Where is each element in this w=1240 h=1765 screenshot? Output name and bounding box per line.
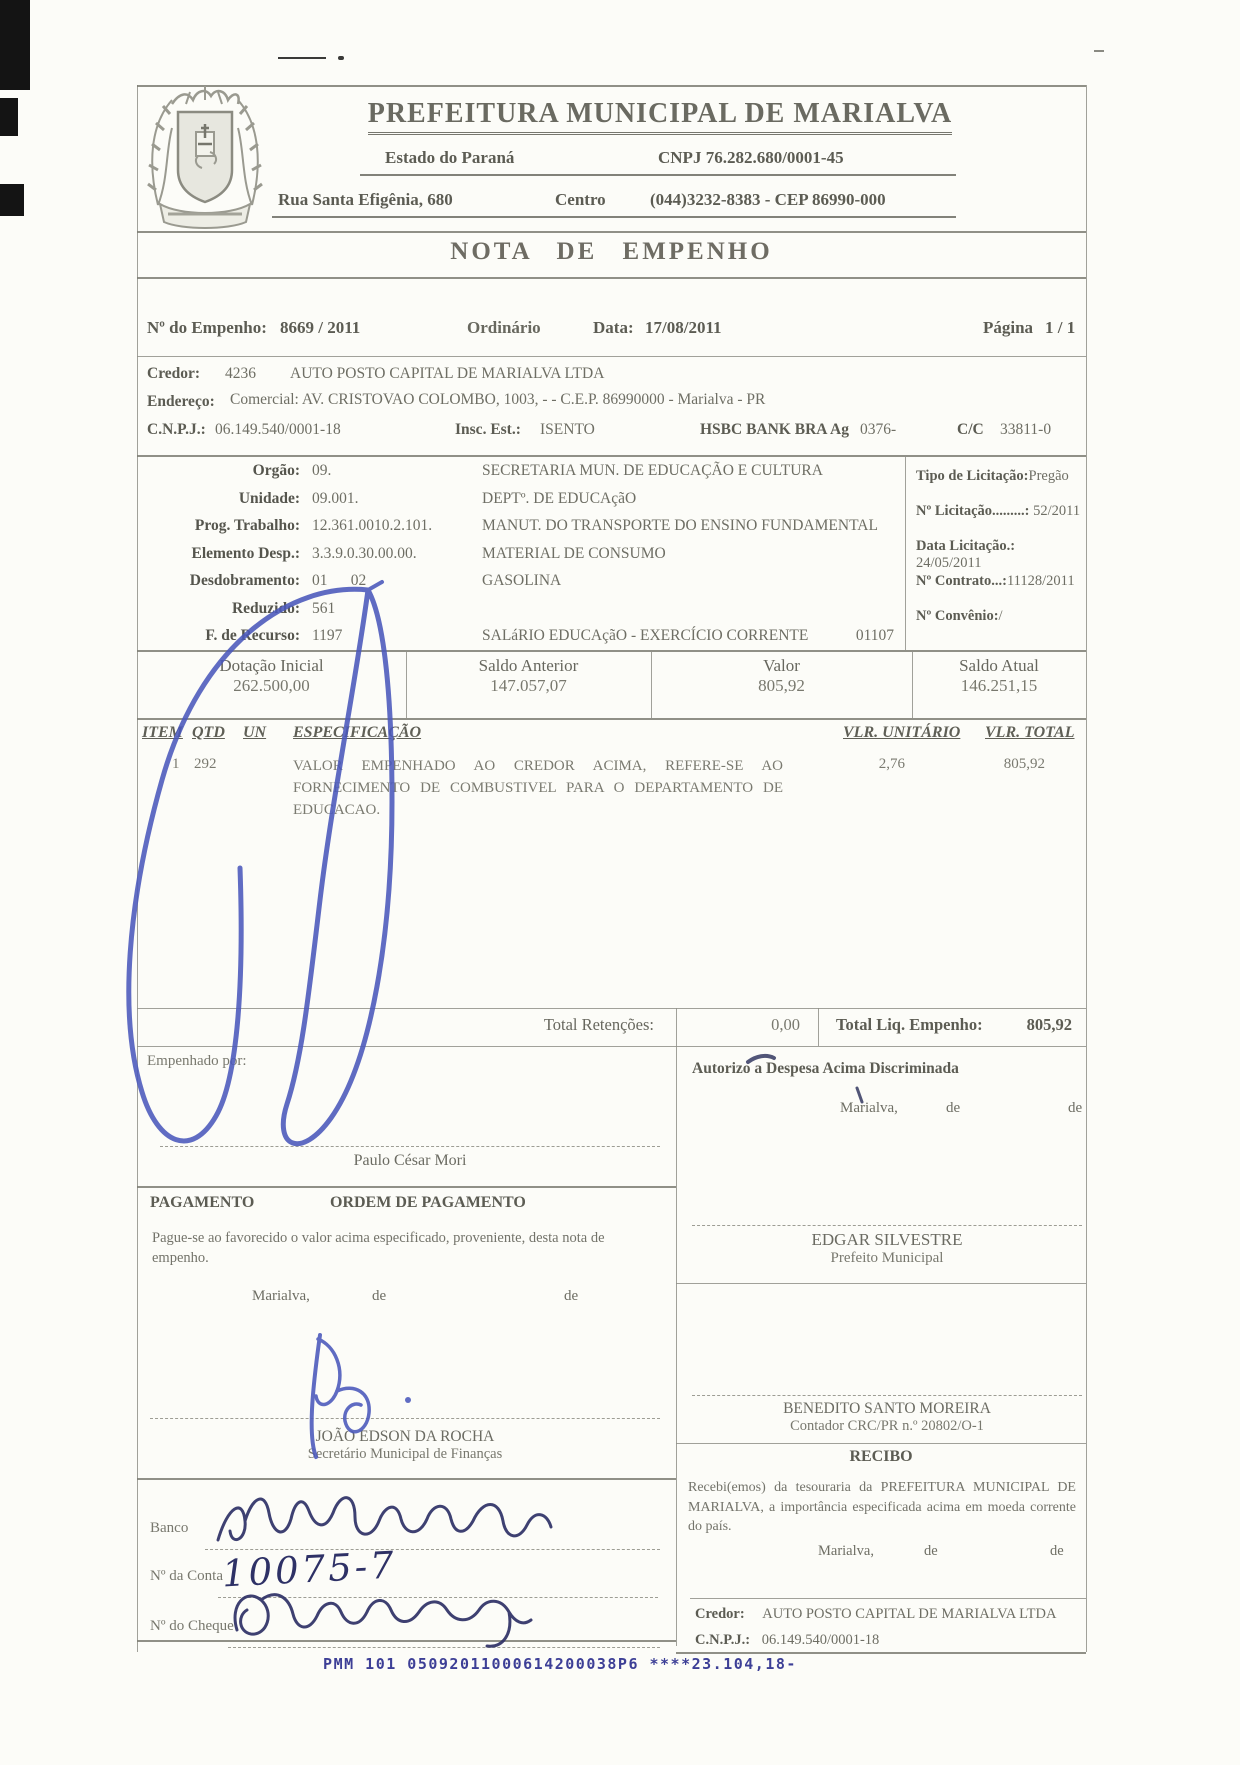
agency-label: Ag [830, 421, 849, 439]
item-vlr-unitario: 2,76 [825, 756, 905, 773]
total-retencoes-label: Total Retenções: [544, 1015, 654, 1034]
recibo-de1: de [924, 1543, 938, 1560]
scan-artifact [338, 56, 344, 60]
reduzido-label: Reduzido: [140, 600, 300, 618]
cnpj-value: 06.149.540/0001-18 [215, 421, 341, 439]
pagamento-de1: de [372, 1288, 386, 1305]
data-licitacao: Data Licitação.: 24/05/2011 [916, 538, 1084, 573]
header-cnpj: CNPJ 76.282.680/0001-45 [658, 148, 844, 168]
recibo-credor-name: AUTO POSTO CAPITAL DE MARIALVA LTDA [748, 1606, 1056, 1622]
autorizo-de2: de [1068, 1100, 1082, 1117]
estado-row: Estado do Paraná CNPJ 76.282.680/0001-45 [360, 148, 956, 176]
divider [137, 718, 1086, 720]
item-especificacao: VALOR EMPENHADO AO CREDOR ACIMA, REFERE-… [293, 756, 783, 821]
pagamento-title: PAGAMENTO [150, 1194, 254, 1211]
secretario-name: JOÃO EDSON DA ROCHA [150, 1428, 660, 1446]
cheque-line [228, 1647, 660, 1648]
num-convenio-value: / [999, 608, 1003, 624]
recibo-body: Recebi(emos) da tesouraria da PREFEITURA… [688, 1478, 1076, 1537]
credor-label: Credor: [147, 365, 200, 383]
municipality-title: PREFEITURA MUNICIPAL DE MARIALVA [368, 98, 953, 135]
unidade-label: Unidade: [140, 490, 300, 508]
fonte-extra-code: 01107 [856, 627, 902, 645]
divider [137, 455, 1086, 457]
recibo-credor-label: Credor: [695, 1606, 745, 1622]
empenho-number-label: Nº do Empenho: [147, 318, 267, 338]
recibo-title: RECIBO [849, 1448, 912, 1465]
handwritten-account-number: 10075-7 [221, 1543, 398, 1595]
estado-label: Estado do Paraná [385, 148, 514, 168]
orgao-label: Orgão: [140, 462, 300, 480]
dotacao-inicial-header: Dotação Inicial [137, 656, 406, 676]
conta-label: Nº da Conta [150, 1568, 223, 1584]
orgao-code: 09. [300, 462, 482, 480]
scan-artifact [278, 57, 326, 59]
credor-code: 4236 [225, 365, 256, 383]
empenhado-por-label: Empenhado por: [147, 1053, 247, 1069]
num-contrato-value: 11128/2011 [1007, 573, 1075, 589]
nota-de-empenho-scan: PREFEITURA MUNICIPAL DE MARIALVA Estado … [0, 0, 1240, 1765]
document-title: NOTA DE EMPENHO [450, 238, 772, 265]
empenho-number: 8669 / 2011 [280, 318, 360, 338]
desdobramento-label: Desdobramento: [140, 572, 300, 590]
empenho-type: Ordinário [467, 318, 541, 338]
phone-cep: (044)3232-8383 - CEP 86990-000 [650, 190, 886, 210]
unidade-desc: DEPTº. DE EDUCAçãO [482, 490, 902, 508]
pagamento-city: Marialva, [252, 1288, 310, 1305]
saldo-anterior-value: 147.057,07 [406, 676, 651, 696]
form-right-border [1086, 85, 1087, 1652]
tipo-licitacao: Tipo de Licitação:Pregão [916, 468, 1084, 503]
date-label: Data: [593, 318, 634, 338]
endereco-label: Endereço: [147, 393, 215, 411]
num-contrato: Nº Contrato...:11128/2011 [916, 573, 1084, 608]
conta-line [218, 1597, 658, 1598]
recibo-cnpj-label: C.N.P.J.: [695, 1632, 750, 1648]
divider [676, 1652, 1086, 1654]
saldo-atual-header: Saldo Atual [912, 656, 1086, 676]
prog-trabalho-desc: MANUT. DO TRANSPORTE DO ENSINO FUNDAMENT… [482, 517, 902, 535]
cheque-label: Nº do Cheque [150, 1618, 234, 1634]
form-top-border [137, 85, 1086, 87]
item-number: 1 [172, 756, 180, 773]
tipo-licitacao-value: Pregão [1029, 468, 1069, 484]
divider [137, 356, 1086, 357]
insc-est-value: ISENTO [540, 421, 595, 439]
elemento-desc: MATERIAL DE CONSUMO [482, 545, 902, 563]
pagamento-body: Pague-se ao favorecido o valor acima esp… [152, 1228, 632, 1269]
divider [137, 1640, 676, 1642]
secretario-role: Secretário Municipal de Finanças [150, 1446, 660, 1463]
orc-row-orgao: Orgão: 09. SECRETARIA MUN. DE EDUCAÇÃO E… [140, 462, 902, 490]
divider [676, 1283, 1086, 1284]
scan-artifact [0, 184, 24, 216]
bank-name: HSBC BANK BRA [700, 421, 827, 439]
signature-line [160, 1146, 660, 1147]
tipo-licitacao-label: Tipo de Licitação: [916, 468, 1029, 484]
col-header-vlr-unitario: VLR. UNITÁRIO [843, 724, 960, 742]
item-qtd: 292 [194, 756, 217, 773]
num-licitacao-label: Nº Licitação.........: [916, 503, 1030, 519]
cnpj-label: C.N.P.J.: [147, 421, 206, 439]
contador-role: Contador CRC/PR n.º 20802/O-1 [692, 1418, 1082, 1435]
col-header-qtd: QTD [192, 724, 225, 742]
pagamento-de2: de [564, 1288, 578, 1305]
desdobramento-code: 01 02 [300, 572, 482, 590]
scan-artifact [0, 0, 30, 90]
data-licitacao-label: Data Licitação.: [916, 538, 1015, 554]
prefeito-name: EDGAR SILVESTRE [692, 1230, 1082, 1250]
num-convenio: Nº Convênio:/ [916, 608, 1084, 643]
address-row: Rua Santa Efigênia, 680 Centro (044)3232… [272, 190, 956, 218]
num-licitacao-value: 52/2011 [1033, 503, 1080, 519]
orc-row-desdobramento: Desdobramento: 01 02 GASOLINA [140, 572, 902, 600]
prefeito-role: Prefeito Municipal [692, 1250, 1082, 1267]
orc-row-elemento: Elemento Desp.: 3.3.9.0.30.00.00. MATERI… [140, 545, 902, 573]
page-value: 1 / 1 [1045, 318, 1075, 338]
date-value: 17/08/2011 [645, 318, 722, 338]
elemento-code: 3.3.9.0.30.00.00. [300, 545, 482, 563]
orc-row-unidade: Unidade: 09.001. DEPTº. DE EDUCAçãO [140, 490, 902, 518]
data-licitacao-value: 24/05/2011 [916, 555, 982, 571]
valor-value: 805,92 [651, 676, 912, 696]
item-vlr-total: 805,92 [965, 756, 1045, 773]
divider [137, 277, 1086, 279]
divider [137, 650, 1086, 652]
divider [818, 1008, 819, 1046]
autorizo-title: Autorizo a Despesa Acima Discriminada [692, 1060, 959, 1077]
col-header-especificacao: ESPECIFICAÇÃO [293, 724, 421, 742]
orc-row-reduzido: Reduzido: 561 [140, 600, 902, 628]
prog-trabalho-code: 12.361.0010.2.101. [300, 517, 482, 535]
dotacao-inicial-value: 262.500,00 [137, 676, 406, 696]
divider [676, 1443, 1086, 1444]
reduzido-code: 561 [300, 600, 482, 618]
signature-line [692, 1395, 1082, 1396]
total-retencoes-value: 0,00 [771, 1015, 800, 1034]
divider [137, 1008, 1086, 1009]
col-header-vlr-total: VLR. TOTAL [985, 724, 1075, 742]
ordem-pagamento-title: ORDEM DE PAGAMENTO [330, 1194, 526, 1211]
divider [137, 1186, 676, 1188]
fonte-desc: SALáRIO EDUCAçãO - EXERCÍCIO CORRENTE [482, 627, 856, 645]
contador-name: BENEDITO SANTO MOREIRA [692, 1400, 1082, 1418]
page-label: Página [983, 318, 1033, 338]
insc-est-label: Insc. Est.: [455, 421, 521, 439]
banco-label: Banco [150, 1520, 188, 1536]
total-liq-value: 805,92 [1027, 1015, 1072, 1034]
empenhado-signer-name: Paulo César Mori [354, 1152, 467, 1169]
endereco-value: Comercial: AV. CRISTOVAO COLOMBO, 1003, … [230, 391, 765, 409]
dot-matrix-processing-code: PMM 101 05092011000614200038P6 ****23.10… [323, 1655, 797, 1673]
autorizo-de1: de [946, 1100, 960, 1117]
fonte-code: 1197 [300, 627, 482, 645]
autorizo-city: Marialva, [840, 1100, 898, 1117]
unidade-code: 09.001. [300, 490, 482, 508]
divider [137, 1478, 676, 1480]
num-licitacao: Nº Licitação.........: 52/2011 [916, 503, 1084, 538]
elemento-label: Elemento Desp.: [140, 545, 300, 563]
num-convenio-label: Nº Convênio: [916, 608, 999, 624]
street-address: Rua Santa Efigênia, 680 [278, 190, 453, 210]
divider [676, 1046, 677, 1646]
fonte-label: F. de Recurso: [140, 627, 300, 645]
divider [690, 1598, 1086, 1599]
district: Centro [555, 190, 606, 210]
divider [137, 231, 1086, 233]
saldo-anterior-header: Saldo Anterior [406, 656, 651, 676]
saldo-atual-value: 146.251,15 [912, 676, 1086, 696]
valor-header: Valor [651, 656, 912, 676]
recibo-cnpj-value: 06.149.540/0001-18 [754, 1632, 880, 1648]
prog-trabalho-label: Prog. Trabalho: [140, 517, 300, 535]
agency-value: 0376- [860, 421, 896, 439]
num-contrato-label: Nº Contrato...: [916, 573, 1007, 589]
divider [905, 455, 906, 650]
account-label: C/C [957, 421, 984, 439]
orc-row-prog-trabalho: Prog. Trabalho: 12.361.0010.2.101. MANUT… [140, 517, 902, 545]
credor-name: AUTO POSTO CAPITAL DE MARIALVA LTDA [290, 365, 604, 383]
account-value: 33811-0 [1000, 421, 1051, 439]
scan-artifact [1094, 50, 1104, 52]
recibo-city: Marialva, [818, 1543, 874, 1560]
scan-artifact [0, 98, 18, 136]
orgao-desc: SECRETARIA MUN. DE EDUCAÇÃO E CULTURA [482, 462, 902, 480]
divider [137, 1046, 1086, 1047]
recibo-de2: de [1050, 1543, 1064, 1560]
desdobramento-desc: GASOLINA [482, 572, 902, 590]
col-header-un: UN [243, 724, 266, 742]
signature-line [150, 1418, 660, 1419]
signature-line [692, 1225, 1082, 1226]
col-header-item: ITEM [142, 724, 183, 742]
